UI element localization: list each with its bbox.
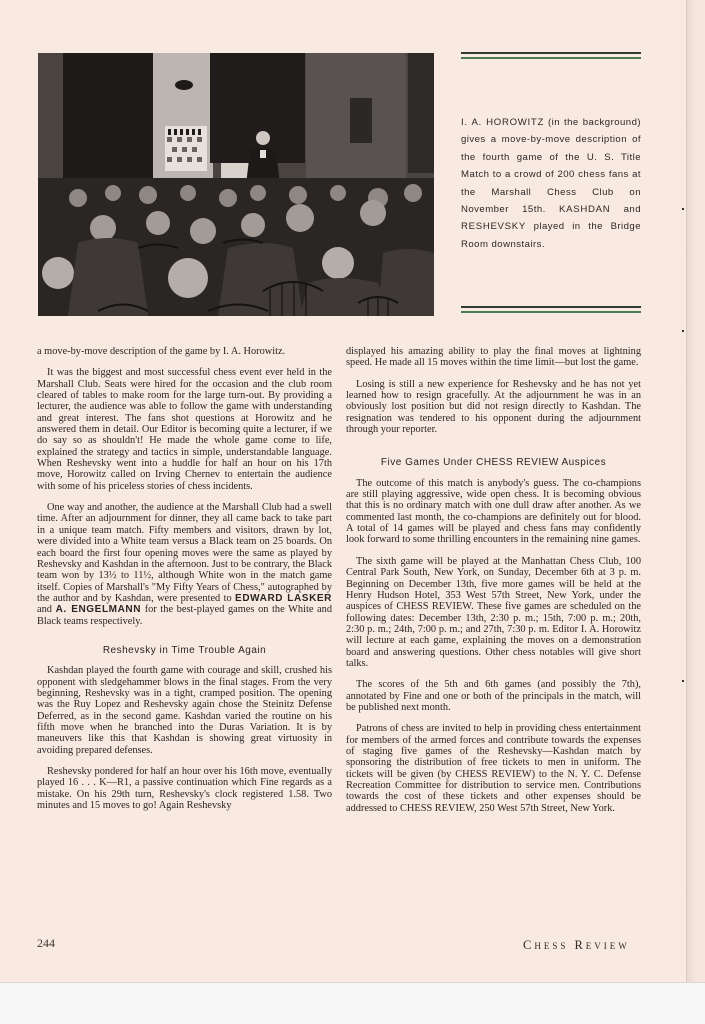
- left-paragraph-1: a move-by-move description of the game b…: [37, 346, 332, 357]
- caption-name-reshevsky: RESHEVSKY: [461, 221, 526, 232]
- name-a-engelmann: A. ENGELMANN: [56, 604, 141, 615]
- caption-and: and: [610, 204, 641, 215]
- caption-rule-bottom: [461, 306, 641, 311]
- right-paragraph-4: The sixth game will be played at the Man…: [346, 556, 641, 669]
- left-paragraph-3: One way and another, the audience at the…: [37, 502, 332, 627]
- left-paragraph-3-and: and: [37, 604, 56, 615]
- page-fold: [686, 0, 705, 982]
- running-head: Chess Review: [523, 938, 630, 953]
- left-column: a move-by-move description of the game b…: [37, 346, 332, 821]
- caption-body-1: (in the background) gives a move-by-move…: [461, 117, 641, 215]
- audience-photo-illustration: [38, 53, 434, 316]
- left-paragraph-3-text: One way and another, the audience at the…: [37, 502, 332, 604]
- left-paragraph-4: Kashdan played the fourth game with cour…: [37, 665, 332, 756]
- caption-rule-top: [461, 52, 641, 57]
- left-paragraph-2: It was the biggest and most successful c…: [37, 367, 332, 492]
- photo-caption: I. A. HOROWITZ (in the background) gives…: [461, 52, 641, 312]
- event-photo: [38, 53, 434, 316]
- left-paragraph-5: Reshevsky pondered for half an hour over…: [37, 766, 332, 811]
- name-edward-lasker: EDWARD LASKER: [235, 593, 332, 604]
- edge-mark: [682, 680, 684, 682]
- subhead-time-trouble: Reshevsky in Time Trouble Again: [37, 645, 332, 656]
- right-paragraph-6: Patrons of chess are invited to help in …: [346, 723, 641, 814]
- edge-mark: [682, 330, 684, 332]
- right-paragraph-2: Losing is still a new experience for Res…: [346, 379, 641, 436]
- right-paragraph-3: The outcome of this match is anybody's g…: [346, 478, 641, 546]
- edge-mark: [682, 208, 684, 210]
- right-paragraph-1: displayed his amazing ability to play th…: [346, 346, 641, 369]
- caption-text: I. A. HOROWITZ (in the background) gives…: [461, 114, 641, 253]
- caption-name-kashdan: KASHDAN: [559, 204, 610, 215]
- page-number: 244: [37, 936, 55, 951]
- right-column: displayed his amazing ability to play th…: [346, 346, 641, 824]
- subhead-five-games: Five Games Under CHESS REVIEW Auspices: [346, 457, 641, 468]
- magazine-page: I. A. HOROWITZ (in the background) gives…: [0, 0, 686, 982]
- scan-background: [0, 982, 705, 1024]
- caption-name-horowitz: I. A. HOROWITZ: [461, 117, 544, 128]
- right-paragraph-5: The scores of the 5th and 6th games (and…: [346, 679, 641, 713]
